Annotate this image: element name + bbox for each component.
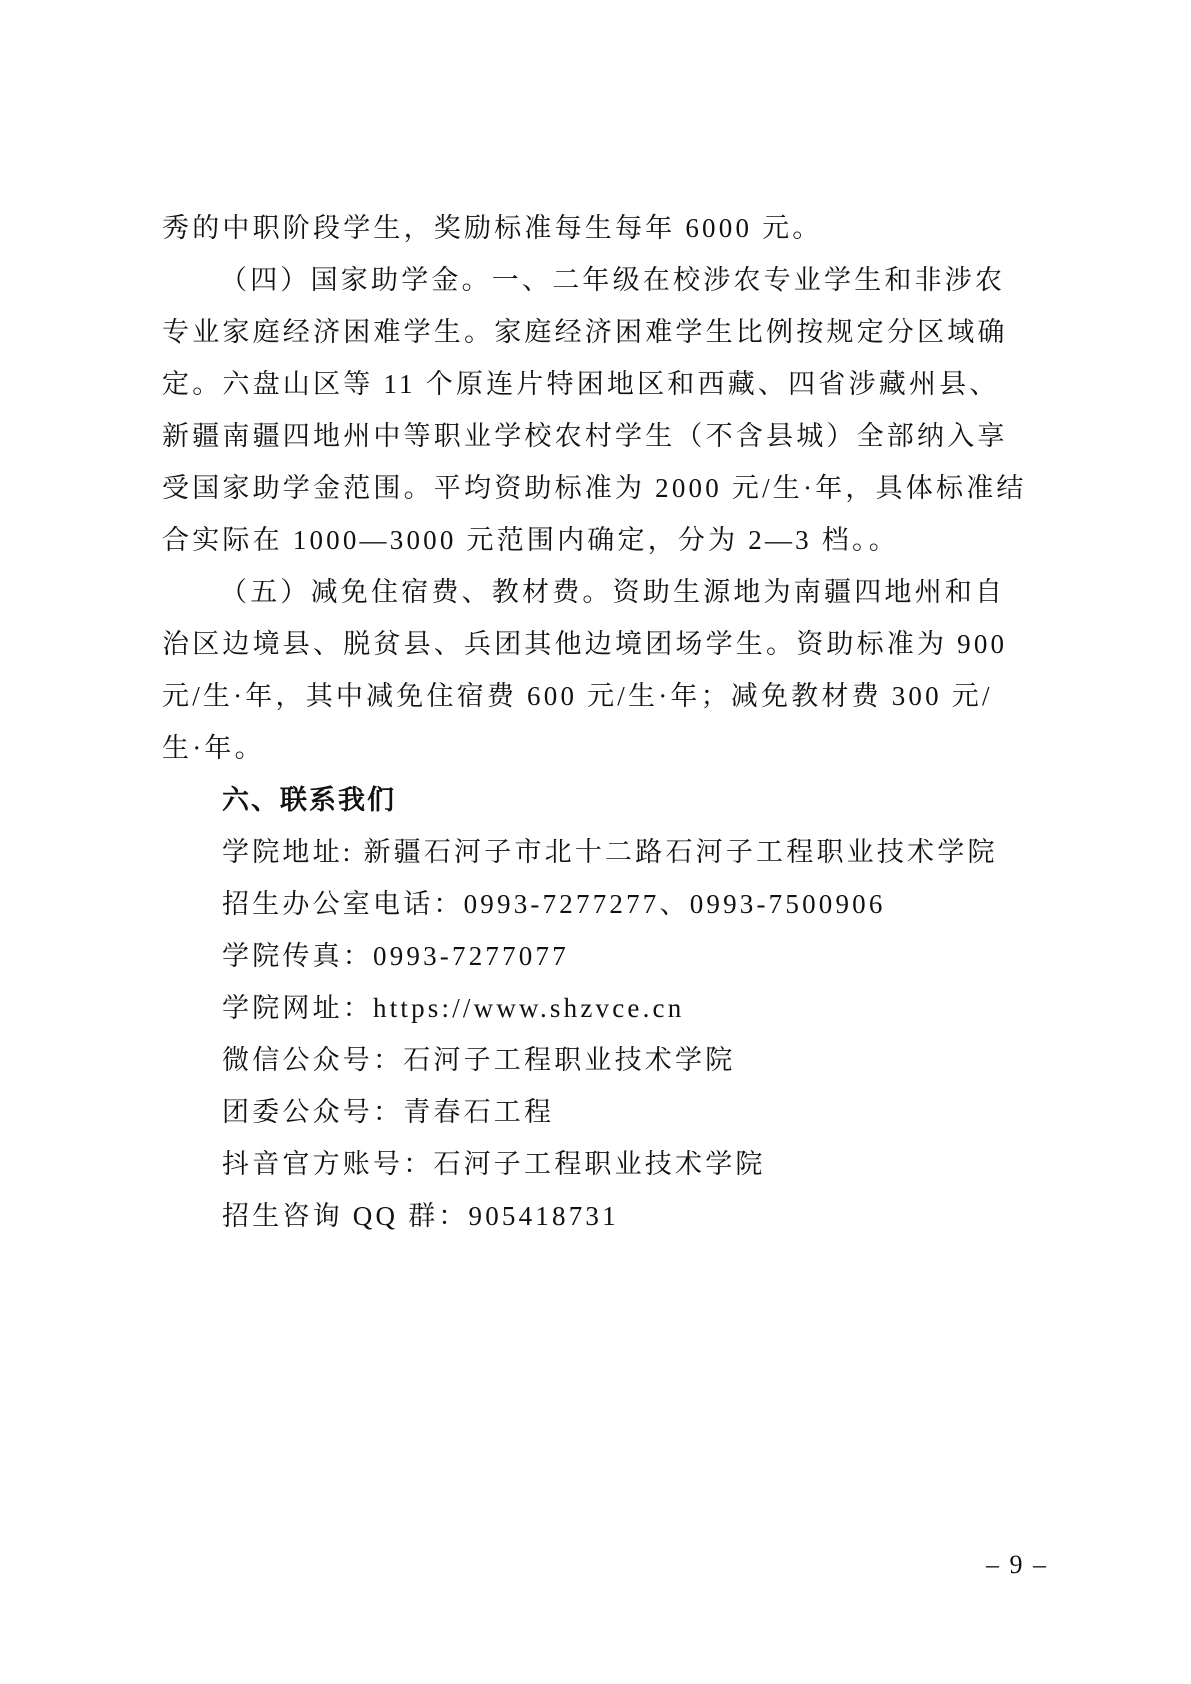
contact-fax: 学院传真：0993-7277077 [222, 938, 1102, 974]
contact-wechat: 微信公众号：石河子工程职业技术学院 [222, 1042, 1102, 1078]
contact-website: 学院网址：https://www.shzvce.cn [222, 990, 1102, 1026]
paragraph-line-subsection-5: （五）减免住宿费、教材费。资助生源地为南疆四地州和自 [220, 574, 1100, 610]
page-number: – 9 – [986, 1550, 1048, 1580]
paragraph-line: 元/生·年，其中减免住宿费 600 元/生·年；减免教材费 300 元/ [162, 678, 1042, 714]
document-page: 秀的中职阶段学生，奖励标准每生每年 6000 元。 （四）国家助学金。一、二年级… [0, 0, 1191, 1684]
paragraph-line: 生·年。 [162, 730, 1042, 766]
contact-qq-group: 招生咨询 QQ 群：905418731 [222, 1198, 1102, 1234]
contact-address: 学院地址: 新疆石河子市北十二路石河子工程职业技术学院 [222, 834, 1102, 870]
paragraph-line: 受国家助学金范围。平均资助标准为 2000 元/生·年，具体标准结 [162, 470, 1042, 506]
contact-admissions-phone: 招生办公室电话：0993-7277277、0993-7500906 [222, 886, 1102, 922]
contact-youth-league-account: 团委公众号：青春石工程 [222, 1094, 1102, 1130]
paragraph-line: 新疆南疆四地州中等职业学校农村学生（不含县城）全部纳入享 [162, 418, 1042, 454]
paragraph-line-subsection-4: （四）国家助学金。一、二年级在校涉农专业学生和非涉农 [220, 262, 1100, 298]
paragraph-line: 秀的中职阶段学生，奖励标准每生每年 6000 元。 [162, 210, 1042, 246]
paragraph-line: 治区边境县、脱贫县、兵团其他边境团场学生。资助标准为 900 [162, 626, 1042, 662]
paragraph-line: 合实际在 1000—3000 元范围内确定，分为 2—3 档。。 [162, 522, 1042, 558]
contact-douyin: 抖音官方账号：石河子工程职业技术学院 [222, 1146, 1102, 1182]
section-heading-contact-us: 六、联系我们 [222, 782, 1102, 818]
paragraph-line: 专业家庭经济困难学生。家庭经济困难学生比例按规定分区域确 [162, 314, 1042, 350]
paragraph-line: 定。六盘山区等 11 个原连片特困地区和西藏、四省涉藏州县、 [162, 366, 1042, 402]
